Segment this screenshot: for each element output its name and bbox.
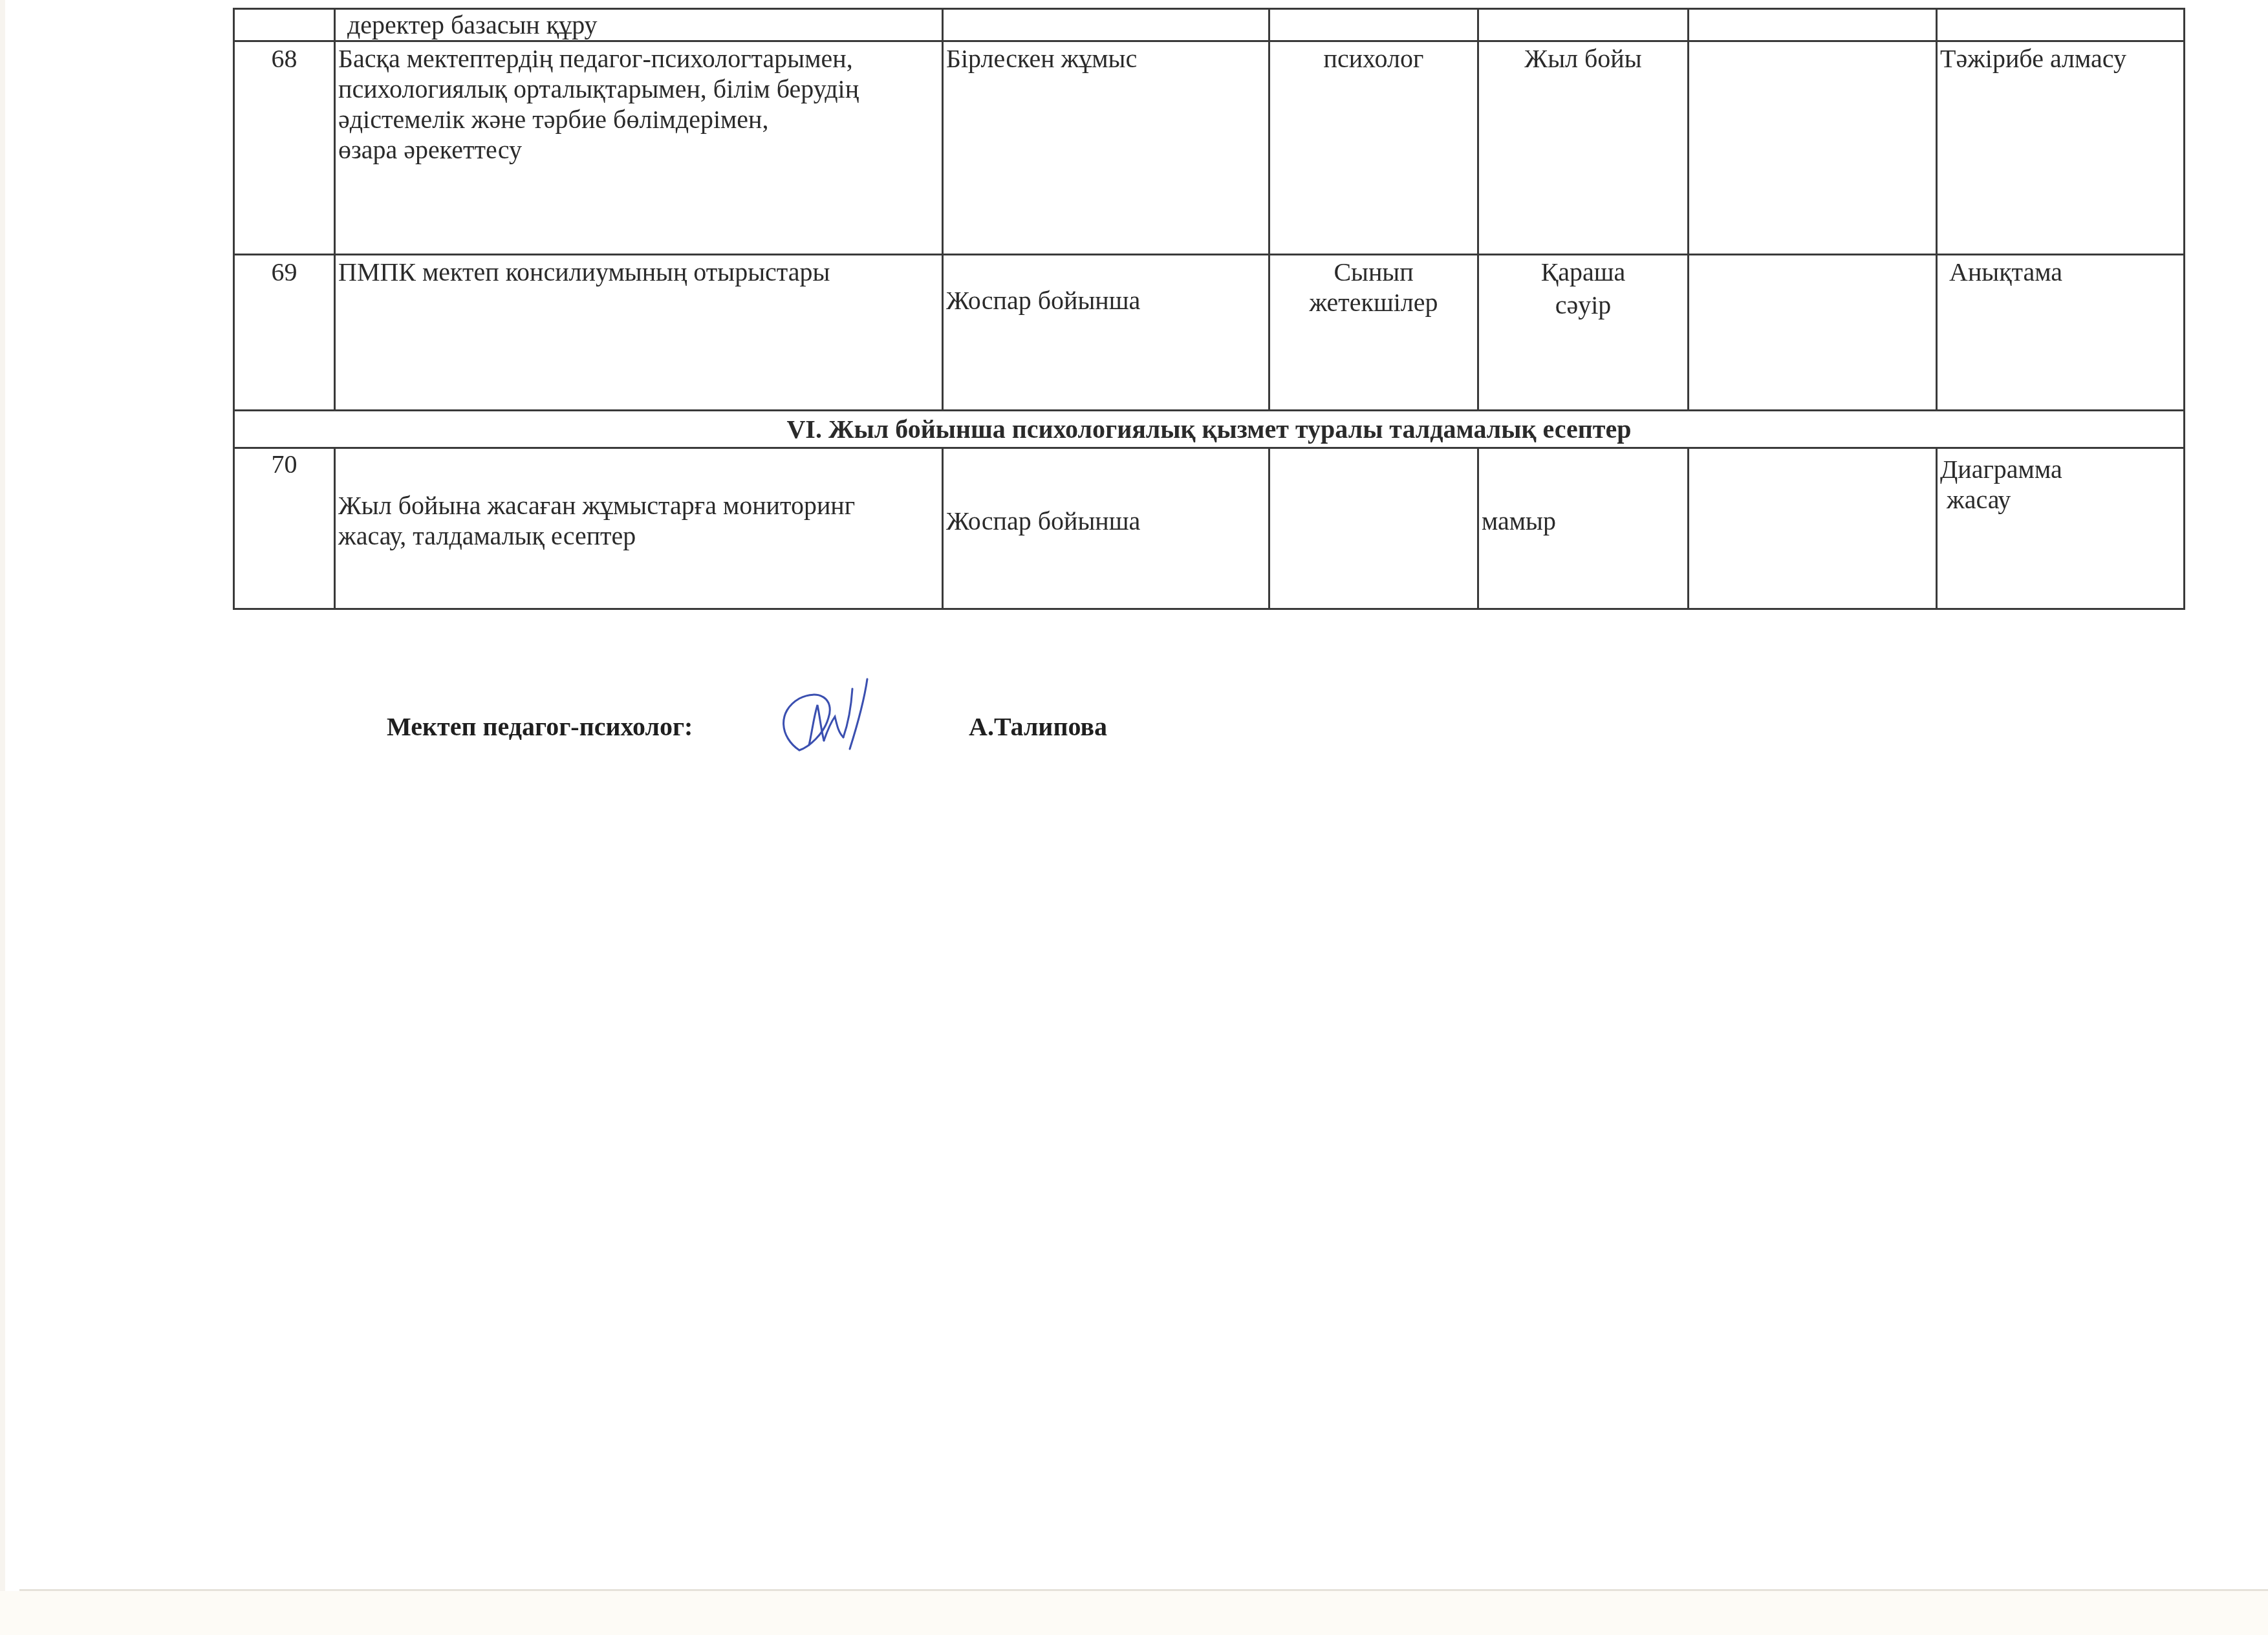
- scan-bottom-margin: [0, 1591, 2268, 1635]
- activity-line: жасау, талдамалық есептер: [338, 521, 939, 551]
- cell-activity: Жыл бойына жасаған жұмыстарға мониторинг…: [335, 448, 943, 609]
- responsible-line: жетекшілер: [1273, 287, 1474, 318]
- signatory-name: А.Талипова: [969, 711, 1107, 742]
- result-line: жасау: [1940, 484, 2181, 515]
- cell-responsible: [1269, 9, 1478, 41]
- cell-deadline: мамыр: [1478, 448, 1689, 609]
- cell-col6: [1689, 448, 1937, 609]
- cell-activity: ПМПК мектеп консилиумының отырыстары: [335, 255, 943, 411]
- work-plan-table: деректер базасын құру 68 Басқа мектептер…: [233, 8, 2185, 610]
- result-line: Диаграмма: [1940, 454, 2181, 484]
- table-row-continuation: деректер базасын құру: [234, 9, 2185, 41]
- cell-result: Диаграмма жасау: [1937, 448, 2185, 609]
- scan-left-edge: [0, 0, 5, 1635]
- section-header-row: VI. Жыл бойынша психологиялық қызмет тур…: [234, 411, 2185, 448]
- activity-line: өзара әрекеттесу: [338, 135, 939, 165]
- cell-form: Жоспар бойынша: [943, 448, 1269, 609]
- activity-line: ПМПК мектеп консилиумының отырыстары: [338, 257, 939, 287]
- section-title: VI. Жыл бойынша психологиялық қызмет тур…: [234, 411, 2185, 448]
- handwritten-signature-icon: [773, 673, 916, 763]
- cell-result: Тәжірибе алмасу: [1937, 41, 2185, 255]
- deadline-line: Қараша: [1482, 257, 1685, 287]
- cell-deadline: Қараша сәуір: [1478, 255, 1689, 411]
- cell-form: Жоспар бойынша: [943, 255, 1269, 411]
- cell-num: 69: [234, 255, 335, 411]
- table-row-68: 68 Басқа мектептердің педагог-психологта…: [234, 41, 2185, 255]
- cell-responsible: психолог: [1269, 41, 1478, 255]
- cell-result: Анықтама: [1937, 255, 2185, 411]
- activity-line: әдістемелік және тәрбие бөлімдерімен,: [338, 104, 939, 135]
- cell-deadline: [1478, 9, 1689, 41]
- activity-text: деректер базасын құру: [347, 10, 598, 39]
- activity-line: Басқа мектептердің педагог-психологтарым…: [338, 43, 939, 74]
- cell-activity: Басқа мектептердің педагог-психологтарым…: [335, 41, 943, 255]
- cell-num: [234, 9, 335, 41]
- cell-col6: [1689, 9, 1937, 41]
- table-row-69: 69 ПМПК мектеп консилиумының отырыстары …: [234, 255, 2185, 411]
- cell-col6: [1689, 255, 1937, 411]
- cell-form: [943, 9, 1269, 41]
- cell-deadline: Жыл бойы: [1478, 41, 1689, 255]
- deadline-line: сәуір: [1482, 290, 1685, 320]
- cell-responsible: Сынып жетекшілер: [1269, 255, 1478, 411]
- activity-line: психологиялық орталықтарымен, білім беру…: [338, 74, 939, 104]
- cell-num: 70: [234, 448, 335, 609]
- result-text: Анықтама: [1949, 257, 2062, 287]
- signatory-role: Мектеп педагог-психолог:: [387, 711, 693, 742]
- cell-activity: деректер базасын құру: [335, 9, 943, 41]
- cell-responsible: [1269, 448, 1478, 609]
- responsible-line: Сынып: [1273, 257, 1474, 287]
- cell-num: 68: [234, 41, 335, 255]
- activity-line: Жыл бойына жасаған жұмыстарға мониторинг: [338, 490, 939, 521]
- cell-result: [1937, 9, 2185, 41]
- cell-form: Бірлескен жұмыс: [943, 41, 1269, 255]
- table-row-70: 70 Жыл бойына жасаған жұмыстарға монитор…: [234, 448, 2185, 609]
- cell-col6: [1689, 41, 1937, 255]
